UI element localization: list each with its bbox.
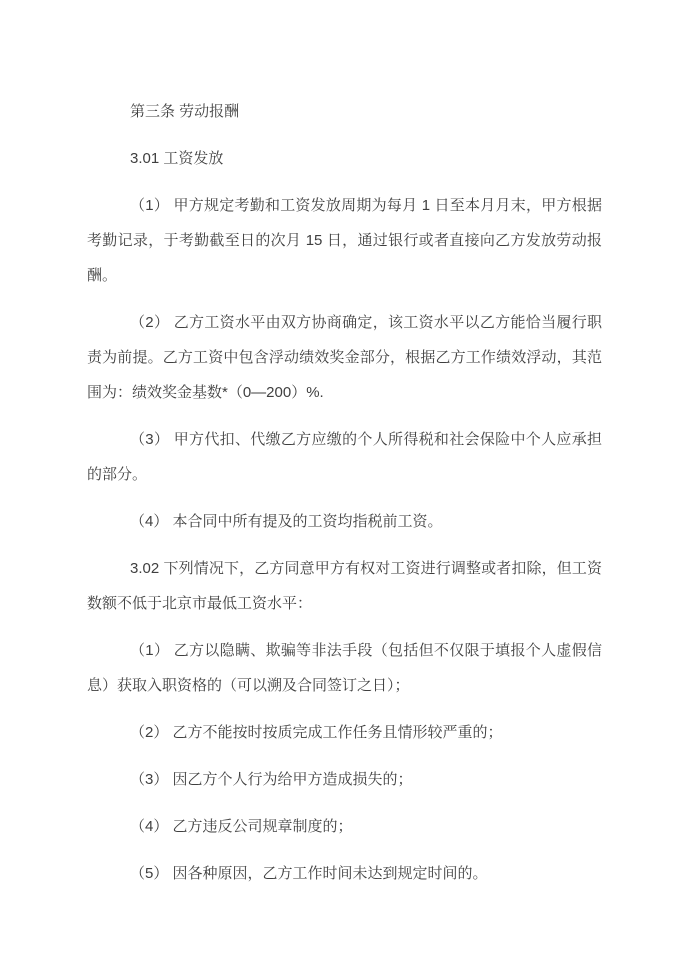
clause-3-01-item-1: （1） 甲方规定考勤和工资发放周期为每月 1 日至本月月末，甲方根据考勤记录，于… [87, 188, 602, 293]
clause-3-02-item-1: （1） 乙方以隐瞒、欺骗等非法手段（包括但不仅限于填报个人虚假信息）获取入职资格… [87, 633, 602, 703]
heading-article-3: 第三条 劳动报酬 [87, 94, 602, 129]
clause-3-02-item-3: （3） 因乙方个人行为给甲方造成损失的； [87, 762, 602, 797]
contract-document-page: 第三条 劳动报酬 3.01 工资发放 （1） 甲方规定考勤和工资发放周期为每月 … [0, 0, 690, 976]
clause-3-02-item-4: （4） 乙方违反公司规章制度的； [87, 809, 602, 844]
heading-clause-3-02: 3.02 下列情况下，乙方同意甲方有权对工资进行调整或者扣除，但工资数额不低于北… [87, 551, 602, 621]
clause-3-01-item-2: （2） 乙方工资水平由双方协商确定，该工资水平以乙方能恰当履行职责为前提。乙方工… [87, 305, 602, 410]
heading-clause-3-01: 3.01 工资发放 [87, 141, 602, 176]
clause-3-02-item-2: （2） 乙方不能按时按质完成工作任务且情形较严重的； [87, 715, 602, 750]
clause-3-01-item-3: （3） 甲方代扣、代缴乙方应缴的个人所得税和社会保险中个人应承担的部分。 [87, 422, 602, 492]
clause-3-02-item-5: （5） 因各种原因，乙方工作时间未达到规定时间的。 [87, 856, 602, 891]
clause-3-01-item-4: （4） 本合同中所有提及的工资均指税前工资。 [87, 504, 602, 539]
